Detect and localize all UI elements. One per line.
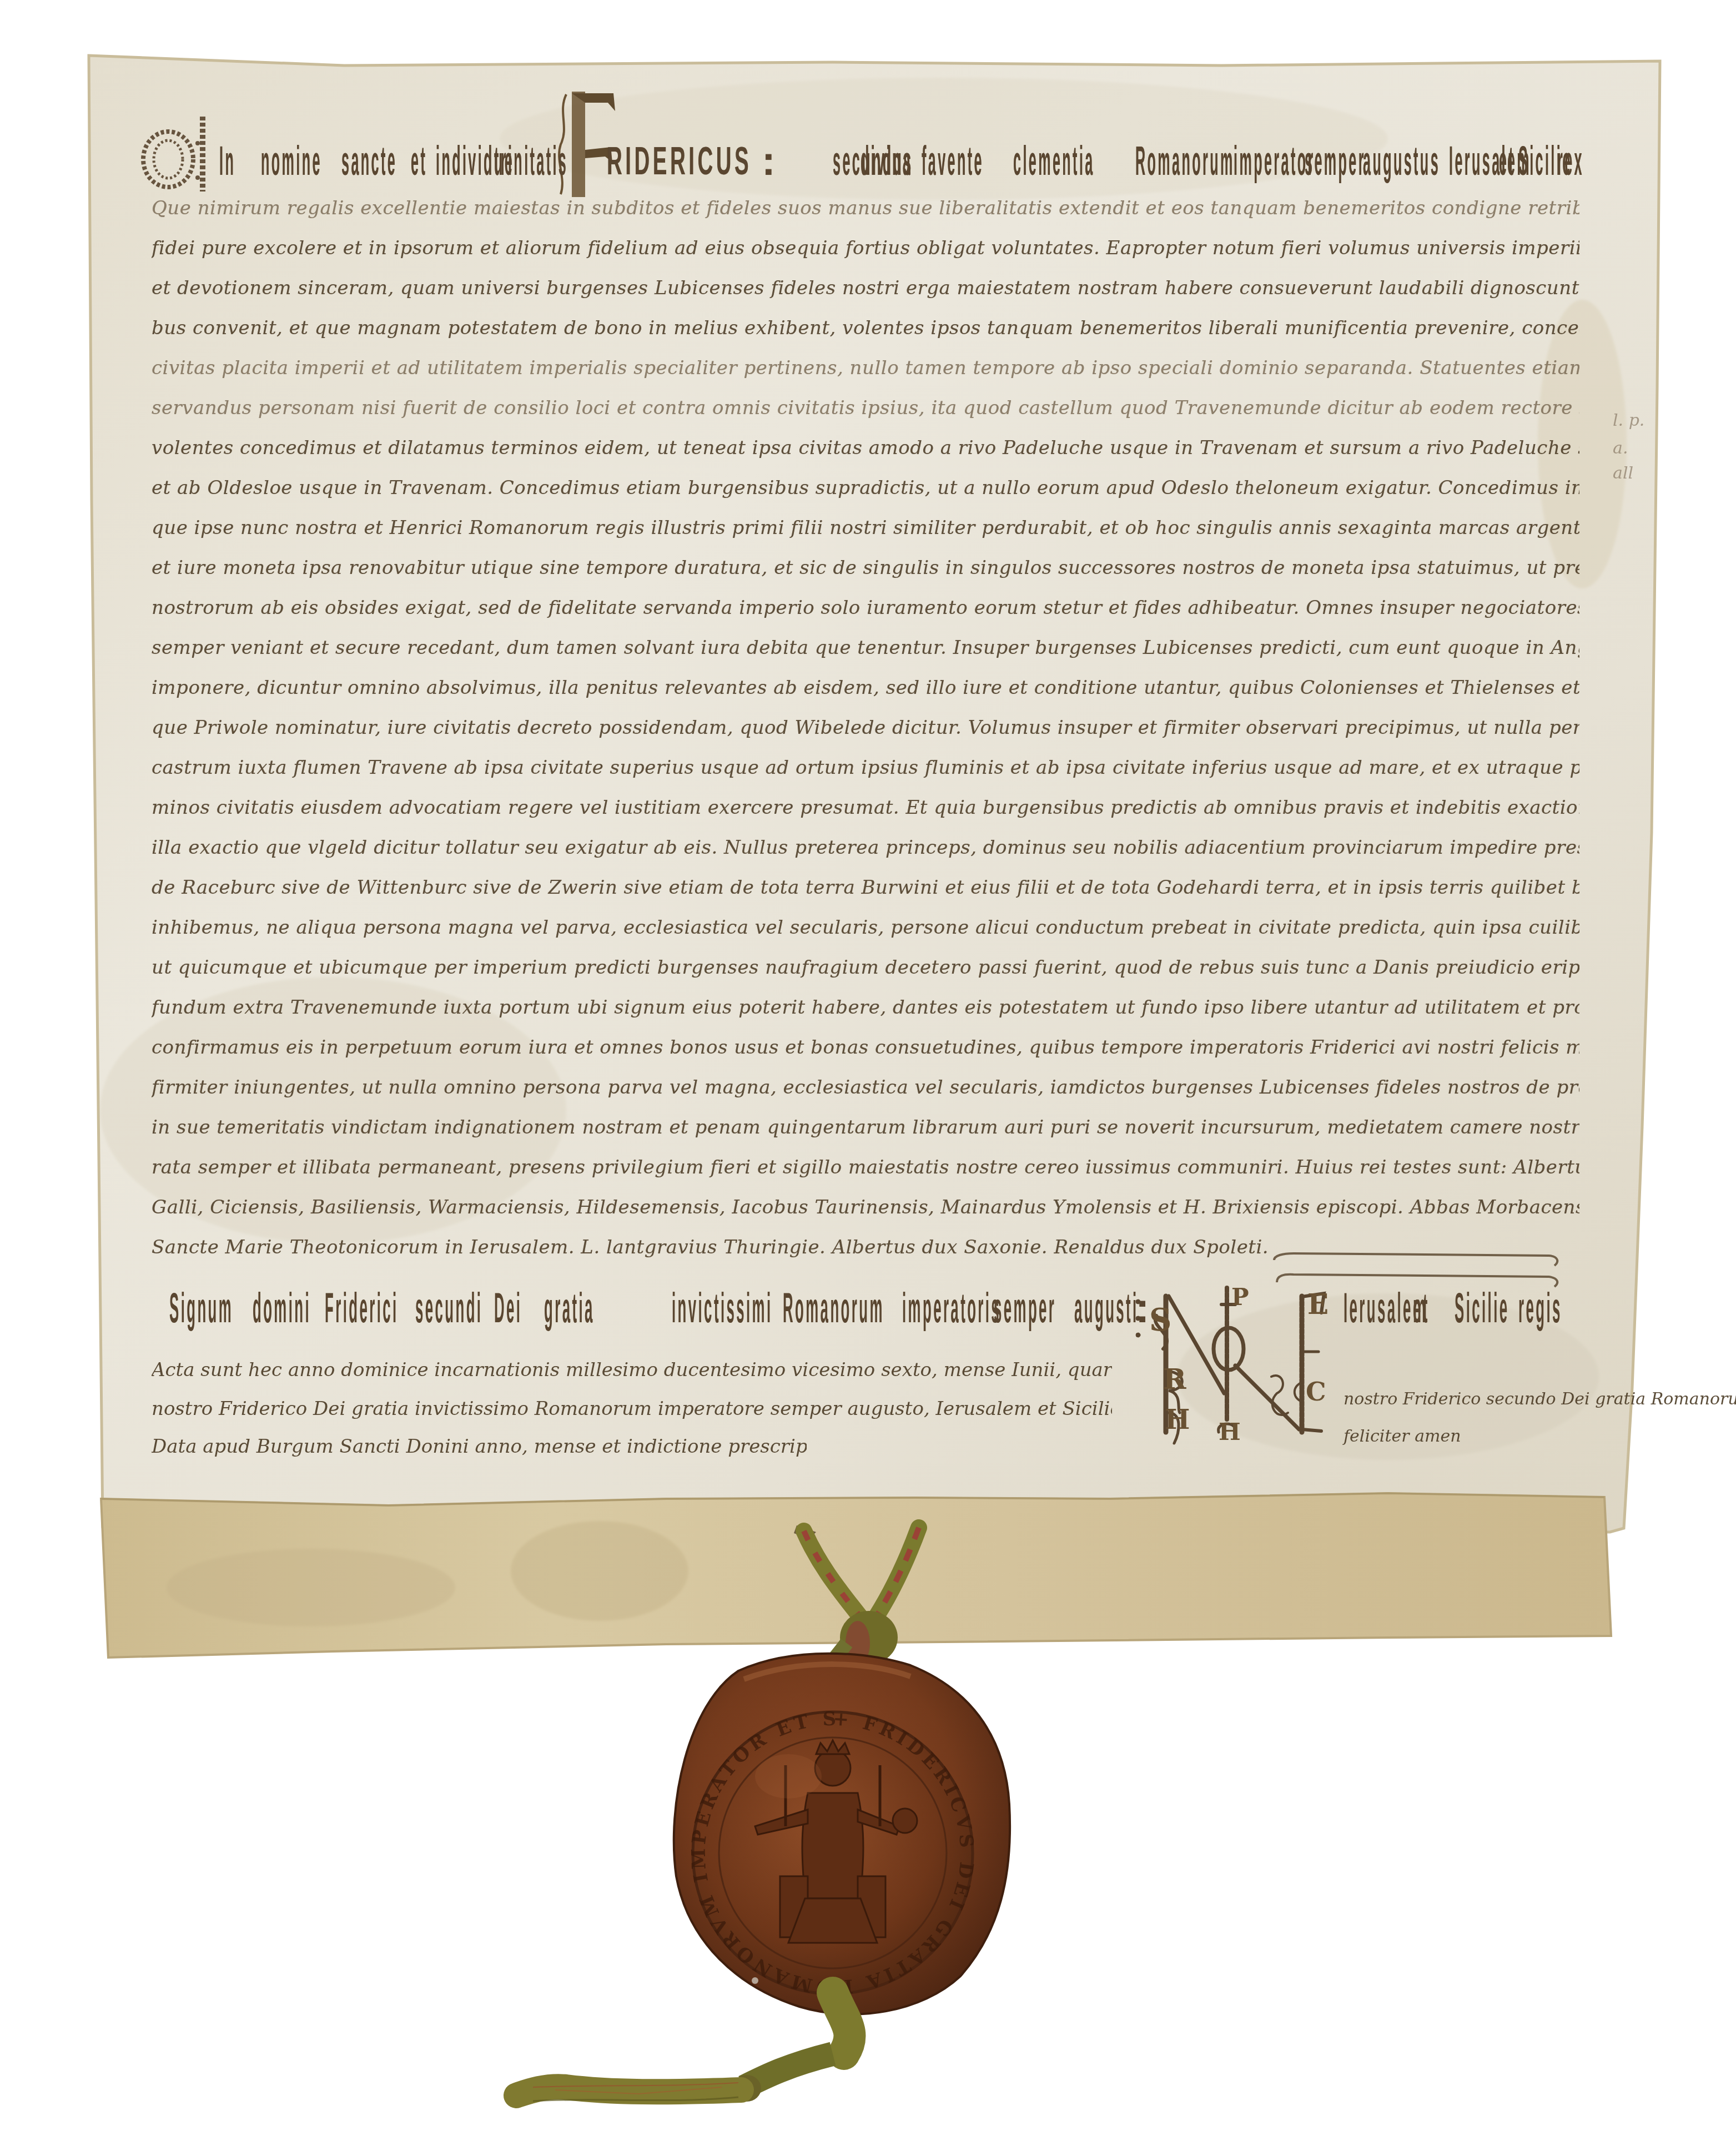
datum-line: Data apud Burgum Sancti Donini anno, men… [152, 1430, 807, 1463]
body-line: rata semper et illibata permaneant, pres… [152, 1151, 1579, 1184]
monogram-letter: E [1307, 1288, 1329, 1321]
heading-word: rex [1557, 139, 1584, 183]
body-line: firmiter iniungentes, ut nulla omnino pe… [152, 1071, 1579, 1104]
signum-word: domini [253, 1285, 311, 1332]
body-line: et devotionem sinceram, quam universi bu… [152, 271, 1579, 305]
heading-word: trinitatis [494, 139, 568, 183]
charter-image: + FRIDERICVS DEI GRATIA ROMANORVM IMPERA… [0, 0, 1736, 2156]
heading-word: et [411, 139, 427, 183]
body-line: ut quicumque et ubicumque per imperium p… [152, 951, 1579, 984]
monogram-letter: C [1306, 1377, 1326, 1407]
signum-word: et [1413, 1285, 1430, 1332]
heading-word: In [219, 139, 235, 183]
body-line: nostrorum ab eis obsides exigat, sed de … [152, 591, 1579, 624]
signum-word: augusti [1074, 1285, 1139, 1332]
heading-word: clementia [1013, 139, 1095, 183]
body-line: inhibemus, ne aliqua persona magna vel p… [152, 911, 1579, 944]
monogram-letter: P [1231, 1283, 1249, 1311]
signum-word: gratia [544, 1285, 595, 1332]
heading-word: Romanorum [1135, 139, 1235, 183]
heading-word: augustus [1363, 139, 1440, 183]
signum-word: secundi [415, 1285, 482, 1332]
body-line: confirmamus eis in perpetuum eorum iura … [152, 1031, 1579, 1064]
body-line: Galli, Ciciensis, Basiliensis, Warmacien… [152, 1191, 1579, 1224]
body-line: semper veniant et secure recedant, dum t… [152, 631, 1579, 664]
body-line: que ipse nunc nostra et Henrici Romanoru… [152, 511, 1579, 545]
body-line: castrum iuxta flumen Travene ab ipsa civ… [152, 751, 1579, 784]
body-line: fundum extra Travenemunde iuxta portum u… [152, 991, 1579, 1024]
body-line: servandus personam nisi fuerit de consil… [152, 391, 1579, 425]
body-line: minos civitatis eiusdem advocatiam reger… [152, 791, 1579, 824]
heading-word: semper [1305, 139, 1366, 183]
ruler-name: RIDERICUS [607, 139, 752, 183]
datum-right-line: feliciter amen [1343, 1421, 1461, 1452]
datum-line: nostro Friderico Dei gratia invictissimo… [152, 1392, 1112, 1425]
heading-word: favente [922, 139, 984, 183]
body-line: civitas placita imperii et ad utilitatem… [152, 351, 1579, 385]
body-line: imponere, dicuntur omnino absolvimus, il… [152, 671, 1579, 704]
body-line: Sancte Marie Theotonicorum in Ierusalem.… [152, 1231, 1267, 1264]
signum-word: semper [994, 1285, 1056, 1332]
body-line: que Priwole nominatur, iure civitatis de… [152, 711, 1579, 744]
signum-word: Signum [169, 1285, 233, 1332]
signum-word: Friderici [325, 1285, 399, 1332]
signum-word: regis [1518, 1285, 1562, 1332]
charter-text: In nomine sancte et individue trinitatis… [0, 0, 1736, 2156]
heading-word: imperator [1234, 139, 1315, 183]
body-line: de Raceburc sive de Wittenburc sive de Z… [152, 871, 1579, 904]
heading-colon: : [762, 139, 781, 183]
body-line: illa exactio que vlgeld dicitur tollatur… [152, 831, 1579, 864]
body-line: et ab Oldesloe usque in Travenam. Conced… [152, 471, 1579, 505]
heading-word: sancte [341, 139, 397, 183]
body-line: in sue temeritatis vindictam indignation… [152, 1111, 1579, 1144]
body-line: Que nimirum regalis excellentie maiestas… [152, 192, 1579, 225]
body-line: bus convenit, et que magnam potestatem d… [152, 311, 1579, 345]
datum-right-line: nostro Friderico secundo Dei gratia Roma… [1343, 1384, 1736, 1415]
monogram-letter: H [1165, 1404, 1190, 1435]
signum-word: Sicilie [1455, 1285, 1509, 1332]
signum-word: Romanorum [783, 1285, 884, 1332]
heading-word: divina [861, 139, 912, 183]
signum-word: Dei [494, 1285, 522, 1332]
monogram-letter: S [1149, 1302, 1171, 1338]
heading-word: et [1499, 139, 1515, 183]
body-line: volentes concedimus et dilatamus termino… [152, 431, 1579, 465]
signum-word: imperatoris [902, 1285, 1001, 1332]
signum-word: invictissimi [672, 1285, 773, 1332]
datum-line: Acta sunt hec anno dominice incarnationi… [152, 1353, 1112, 1387]
heading-word: nomine [261, 139, 322, 183]
body-line: et iure moneta ipsa renovabitur utique s… [152, 551, 1579, 585]
monogram-letter: R [1163, 1363, 1186, 1396]
monogram-letter: H [1219, 1418, 1241, 1445]
body-line: fidei pure excolere et in ipsorum et ali… [152, 231, 1579, 265]
